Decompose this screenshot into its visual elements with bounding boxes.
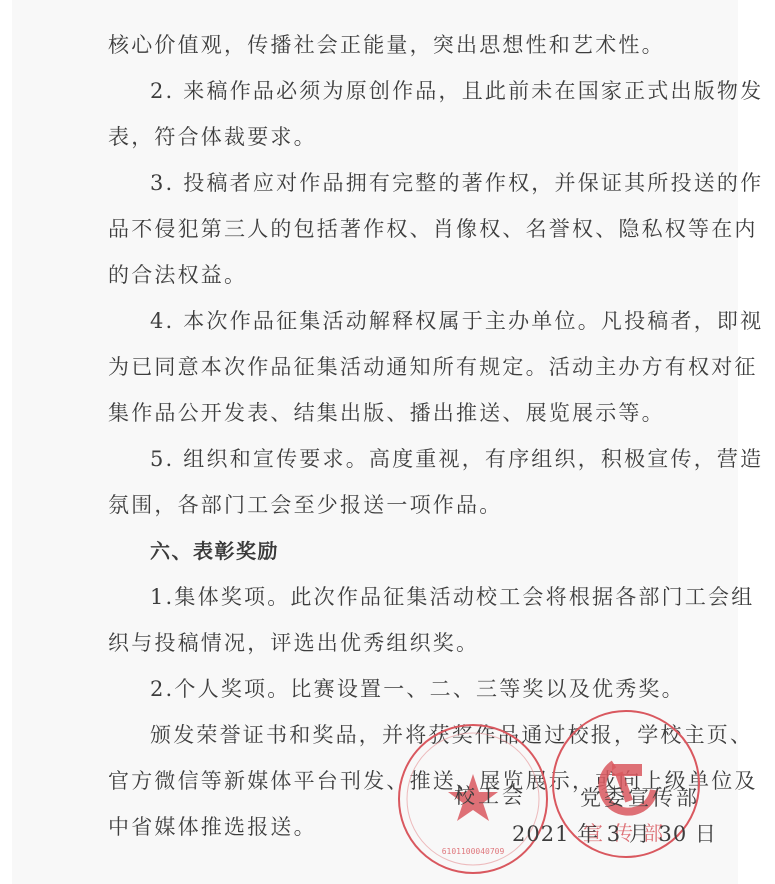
text-line: 表，符合体裁要求。 [108,125,317,149]
text-line: 的合法权益。 [108,263,247,287]
list-item-5: 5. 组织和宣传要求。高度重视，有序组织，积极宣传，营造 [150,447,763,471]
list-item-4: 4. 本次作品征集活动解释权属于主办单位。凡投稿者，即视 [150,309,763,333]
propaganda-signature: 党委宣传部 [580,786,700,810]
award-item-1: 1.集体奖项。此次作品征集活动校工会将根据各部门工会组 [150,585,754,609]
svg-text:6101100040709: 6101100040709 [442,847,505,856]
text-line: 集作品公开发表、结集出版、播出推送、展览展示等。 [108,401,665,425]
list-item-3: 3. 投稿者应对作品拥有完整的著作权，并保证其所投送的作 [150,171,763,195]
section-heading: 六、表彰奖励 [150,539,279,563]
text-line: 品不侵犯第三人的包括著作权、肖像权、名誉权、隐私权等在内 [108,217,758,241]
text-line: 中省媒体推选报送。 [108,815,317,839]
text-line: 氛围，各部门工会至少报送一项作品。 [108,493,502,517]
text-line: 为已同意本次作品征集活动通知所有规定。活动主办方有权对征 [108,355,758,379]
union-signature: 校工会 [454,784,526,808]
document-date: 2021 年 3 月 30 日 [512,822,717,846]
list-item-2: 2. 来稿作品必须为原创作品，且此前未在国家正式出版物发 [150,79,763,103]
text-line: 核心价值观，传播社会正能量，突出思想性和艺术性。 [108,33,665,57]
text-line: 织与投稿情况，评选出优秀组织奖。 [108,631,479,655]
award-item-2: 2.个人奖项。比赛设置一、二、三等奖以及优秀奖。 [150,677,685,701]
